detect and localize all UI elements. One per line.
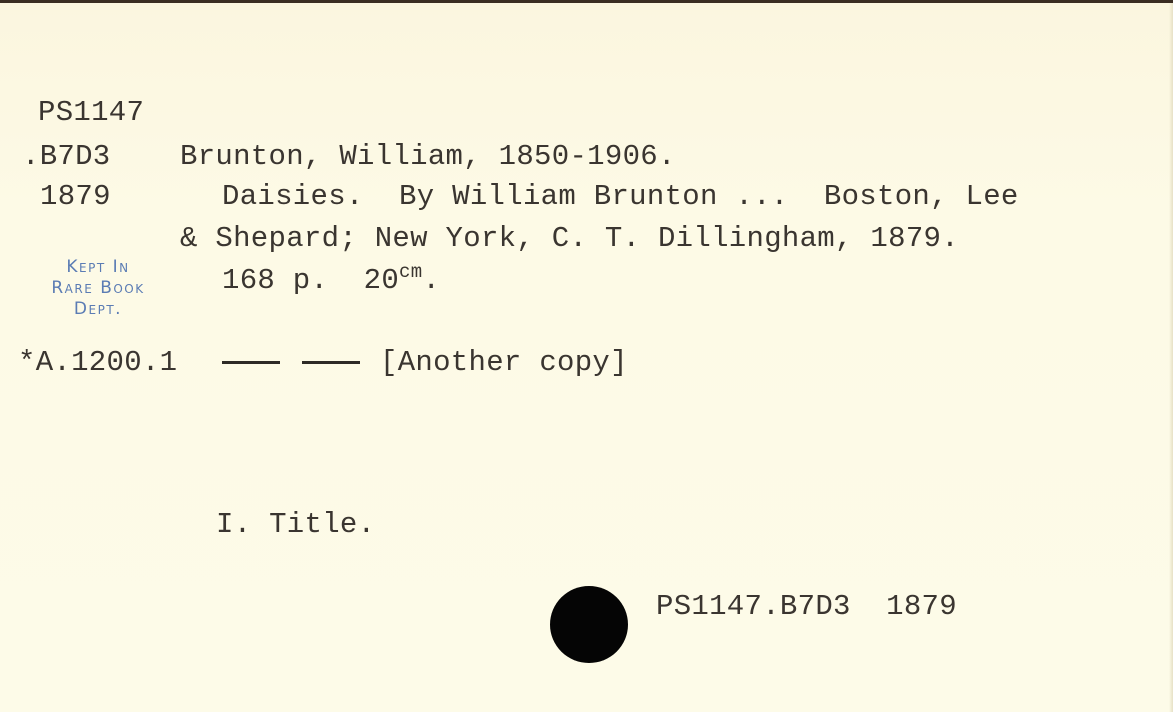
collation-unit: cm bbox=[399, 261, 422, 283]
punch-hole bbox=[550, 586, 628, 663]
catalog-card: PS1147 .B7D3 1879 Kept In Rare Book Dept… bbox=[0, 0, 1173, 712]
title-statement: Daisies. By William Brunton ... Boston, … bbox=[222, 181, 1019, 213]
card-edge bbox=[1169, 3, 1173, 712]
stamp-line-1: Kept In bbox=[18, 257, 178, 278]
collation-end: . bbox=[422, 264, 440, 297]
call-number-class: PS1147 bbox=[38, 97, 144, 129]
footer-call-number: PS1147.B7D3 1879 bbox=[656, 591, 957, 623]
call-number-year: 1879 bbox=[40, 181, 111, 213]
stamp-line-3: Dept. bbox=[18, 299, 178, 320]
imprint: & Shepard; New York, C. T. Dillingham, 1… bbox=[180, 223, 959, 255]
ditto-dash-title bbox=[302, 361, 360, 364]
collation-pages: 168 p. 20 bbox=[222, 264, 399, 297]
main-entry: Brunton, William, 1850-1906. bbox=[180, 141, 676, 173]
ditto-dash-author bbox=[222, 361, 280, 364]
rare-book-stamp: Kept In Rare Book Dept. bbox=[18, 257, 178, 320]
stamp-line-2: Rare Book bbox=[18, 278, 178, 299]
collation: 168 p. 20cm. bbox=[222, 265, 440, 299]
copy-note: [Another copy] bbox=[380, 347, 628, 379]
tracing: I. Title. bbox=[216, 509, 375, 541]
copy-shelfmark: *A.1200.1 bbox=[18, 347, 177, 379]
call-number-cutter: .B7D3 bbox=[22, 141, 111, 173]
